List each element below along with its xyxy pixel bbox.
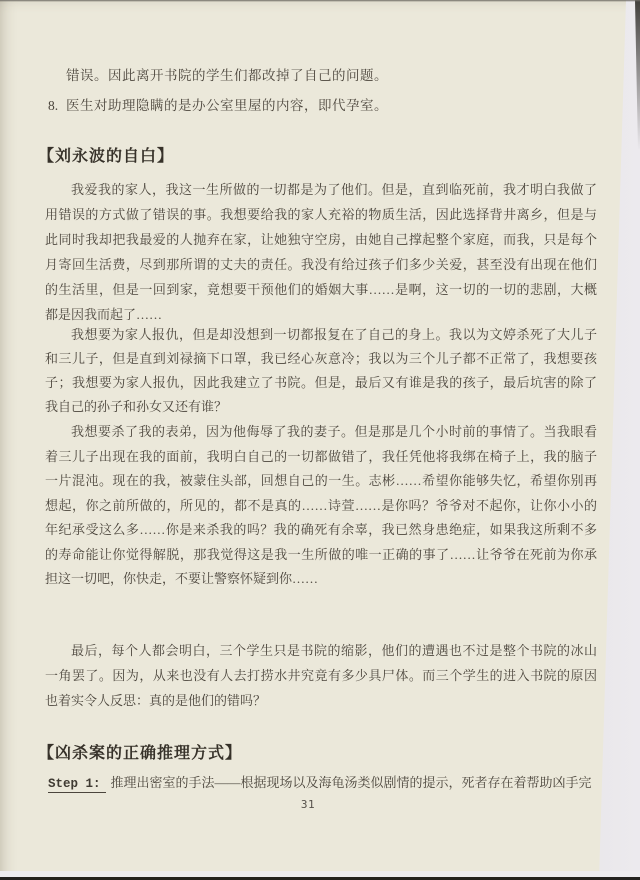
text-line: 子；我想要为家人报仇，因此我建立了书院。但是，最后又有谁是我的孩子，最后坑害的除… (45, 371, 597, 395)
text-line: 的寿命能让你觉得解脱，那我觉得这是我一生所做的唯一正确的事了……让爷爷在死前为你… (45, 543, 597, 568)
text-line: 月寄回生活费，尽到那所谓的丈夫的责任。我没有给过孩子们多少关爱，甚至没有出现在他… (45, 252, 597, 277)
text-line: 我自己的孙子和孙女又还有谁？ (45, 395, 597, 419)
list-item-8: 8.医生对助理隐瞒的是办公室里屋的内容，即代孕室。 (48, 96, 388, 116)
text-line: 我想要为家人报仇，但是却没想到一切都报复在了自己的身上。我以为文婷杀死了大儿子 (45, 323, 597, 347)
confession-paragraph-4: 最后，每个人都会明白，三个学生只是书院的缩影，他们的遭遇也不过是整个书院的冰山 … (45, 638, 597, 713)
text-line: 我爱我的家人，我这一生所做的一切都是为了他们。但是，直到临死前，我才明白我做了 (45, 177, 597, 202)
text-line: 我想要杀了我的表弟，因为他侮辱了我的妻子。但是那是几个小时前的事情了。当我眼看 (45, 420, 597, 445)
list-continuation-line: 错误。因此离开书院的学生们都改掉了自己的问题。 (66, 66, 388, 86)
confession-paragraph-2: 我想要为家人报仇，但是却没想到一切都报复在了自己的身上。我以为文婷杀死了大儿子 … (45, 323, 597, 419)
text-line: 此同时我却把我最爱的人抛弃在家，让她独守空房，由她自己撑起整个家庭，而我，只是每… (45, 227, 597, 252)
step-1-text: 推理出密室的手法——根据现场以及海龟汤类似剧情的提示，死者存在着帮助凶手完 (111, 775, 592, 790)
list-item-8-marker: 8. (48, 96, 66, 116)
text-line: 最后，每个人都会明白，三个学生只是书院的缩影，他们的遭遇也不过是整个书院的冰山 (45, 638, 597, 663)
text-line: 用错误的方式做了错误的事。我想要给我的家人充裕的物质生活，因此选择背井离乡，但是… (45, 202, 597, 227)
text-line: 也着实令人反思：真的是他们的错吗？ (45, 688, 597, 713)
text-line: 担这一切吧，你快走，不要让警察怀疑到你…… (45, 567, 597, 592)
text-line: 一片混沌。现在的我，被蒙住头部，回想自己的一生。志彬……希望你能够失忆，希望你别… (45, 469, 597, 494)
step-1-line: Step 1:推理出密室的手法——根据现场以及海龟汤类似剧情的提示，死者存在着帮… (48, 773, 608, 794)
scan-right-page-edge (595, 0, 640, 880)
scan-top-dark-line (0, 0, 640, 2)
text-line: 年纪承受这么多……你是来杀我的吗？我的确死有余辜，我已然身患绝症，如果我这所剩不… (45, 518, 597, 543)
section-title-confession: 【刘永波的自白】 (38, 147, 174, 166)
section-title-reasoning: 【凶杀案的正确推理方式】 (38, 744, 242, 763)
list-item-8-text: 医生对助理隐瞒的是办公室里屋的内容，即代孕室。 (66, 98, 388, 113)
step-1-label: Step 1: (48, 777, 106, 793)
text-line: 一角罢了。因为，从来也没有人去打捞水井究竟有多少具尸体。而三个学生的进入书院的原… (45, 663, 597, 688)
text-line: 的生活里，但是一回到家，竟想要干预他们的婚姻大事……是啊，这一切的一切的悲剧，大… (45, 277, 597, 302)
scanned-page: 错误。因此离开书院的学生们都改掉了自己的问题。 8.医生对助理隐瞒的是办公室里屋… (0, 0, 640, 880)
text-line: 着三儿子出现在我的面前，我明白自己的一切都做错了，我任凭他将我绑在椅子上，我的脑… (45, 445, 597, 470)
confession-paragraph-1: 我爱我的家人，我这一生所做的一切都是为了他们。但是，直到临死前，我才明白我做了 … (45, 177, 597, 327)
confession-paragraph-3: 我想要杀了我的表弟，因为他侮辱了我的妻子。但是那是几个小时前的事情了。当我眼看 … (45, 420, 597, 592)
page-number: 31 (0, 798, 616, 811)
text-line: 想起，你之前所做的，所见的，都不是真的……诗萱……是你吗？爷爷对不起你，让你小小… (45, 494, 597, 519)
text-line: 和三儿子，但是直到刘禄摘下口罩，我已经心灰意冷；我以为三个儿子都不正常了，我想要… (45, 347, 597, 371)
